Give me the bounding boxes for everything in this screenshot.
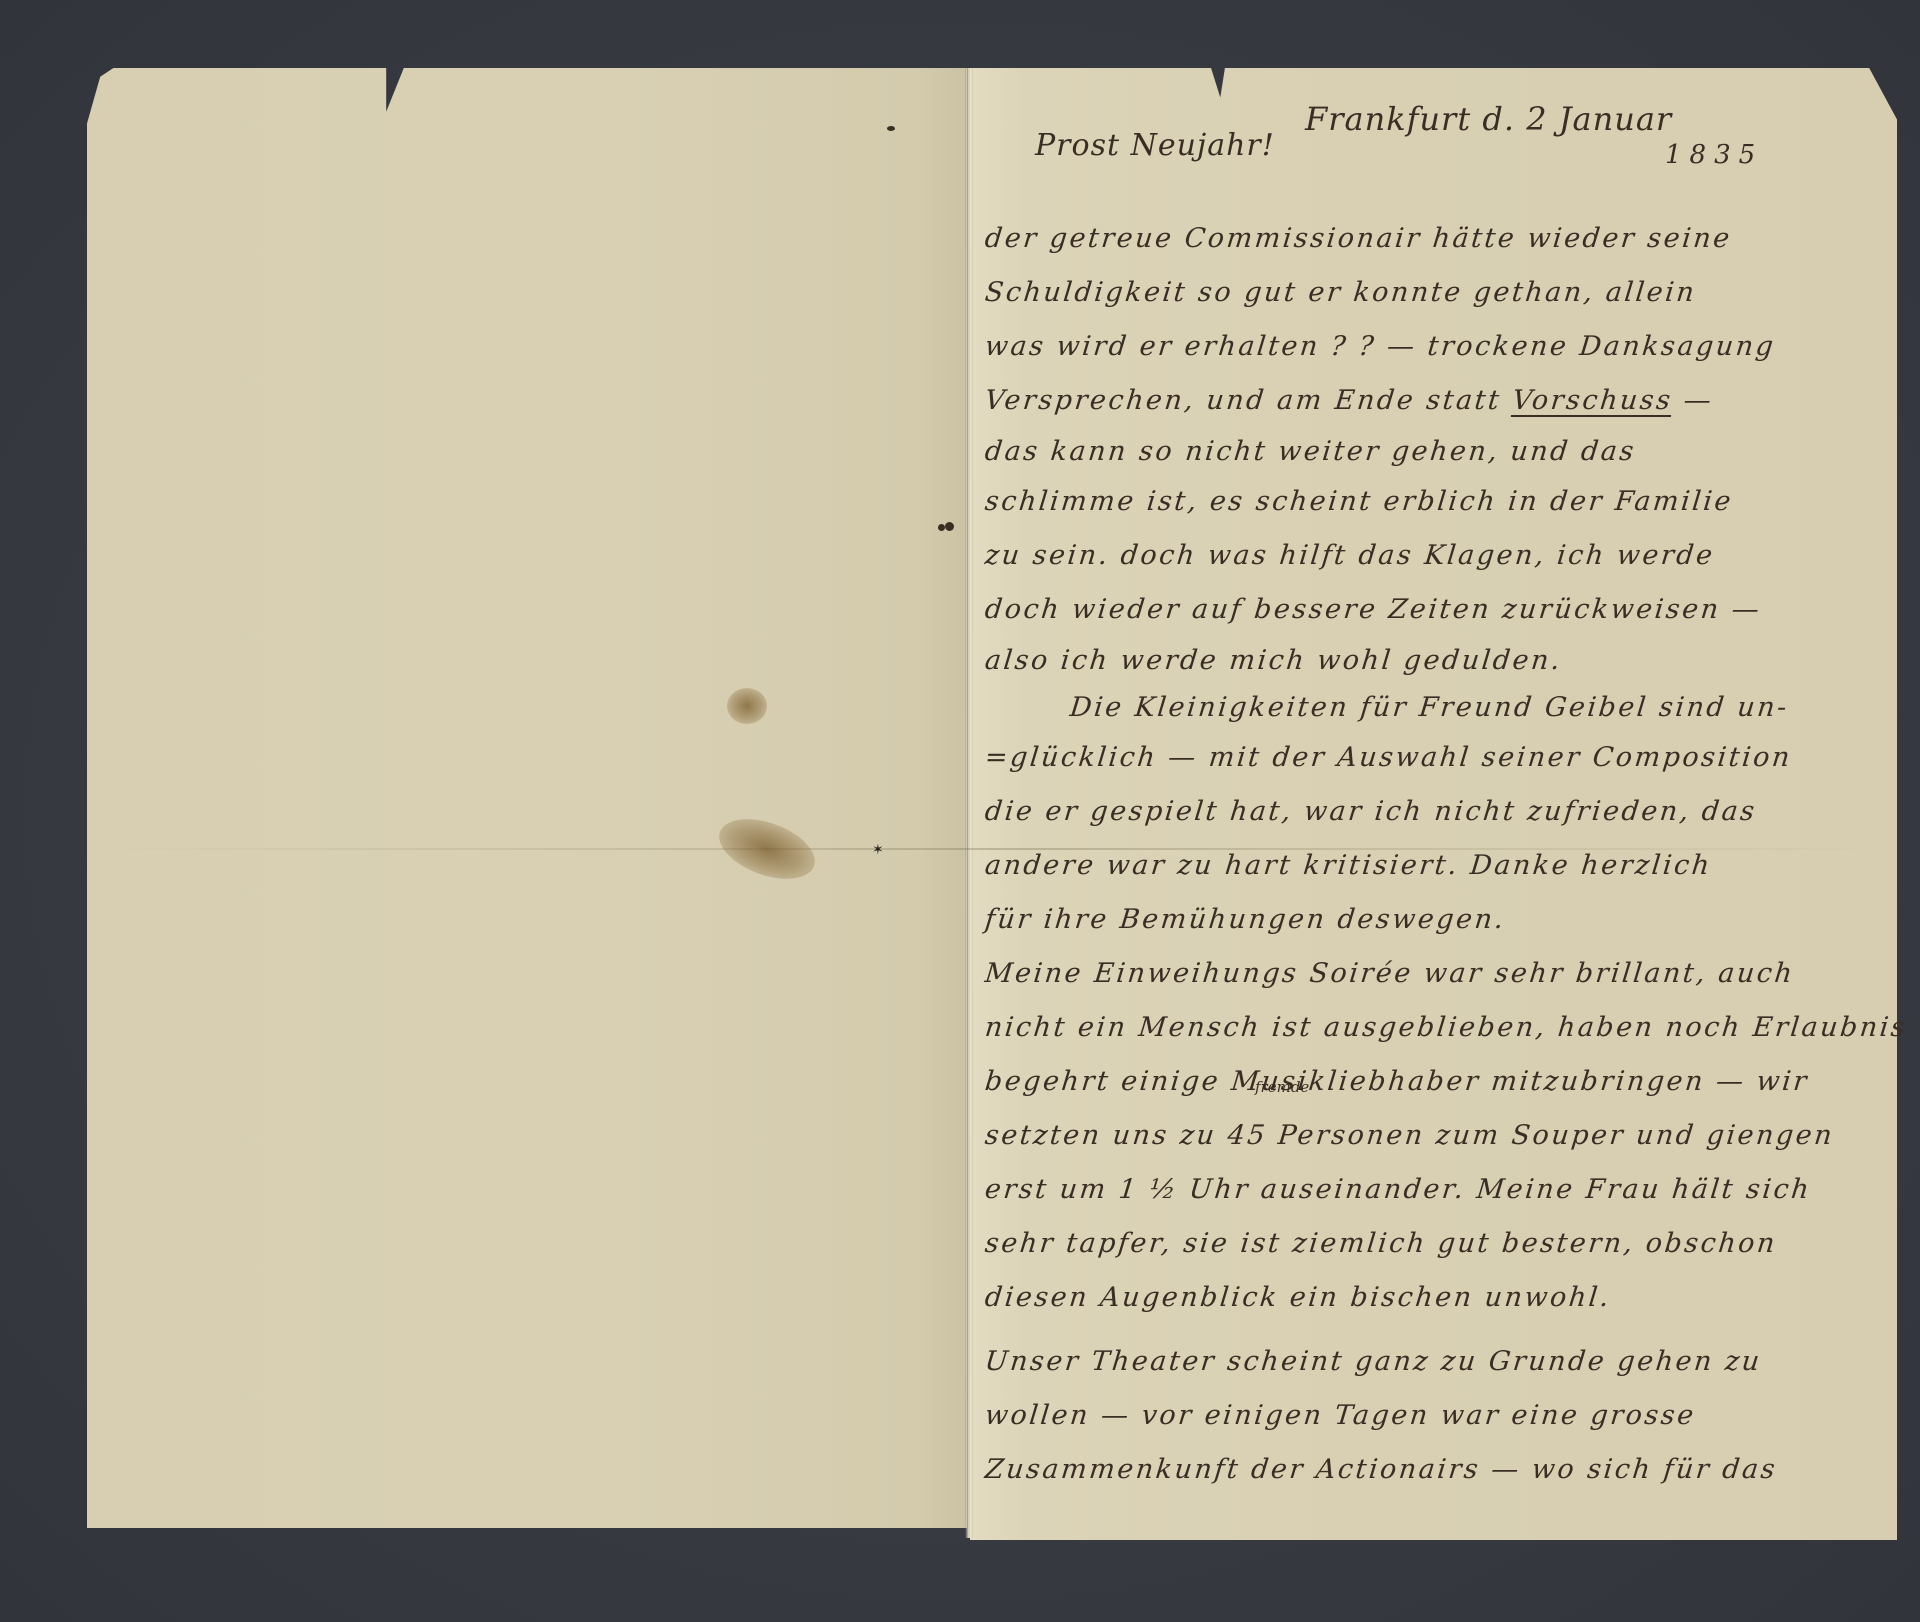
letter-line: nicht ein Mensch ist ausgeblieben, haben… xyxy=(962,1001,1798,1055)
letter-line: wollen — vor einigen Tagen war eine gros… xyxy=(962,1389,1798,1443)
year: 1835 xyxy=(1665,140,1763,170)
letter-line: erst um 1 ½ Uhr auseinander. Meine Frau … xyxy=(962,1163,1798,1217)
letter-line: Die Kleinigkeiten für Freund Geibel sind… xyxy=(963,684,1798,731)
letter-line: Versprechen, und am Ende statt Vorschuss… xyxy=(962,374,1798,428)
letter-line: was wird er erhalten ? ? — trockene Dank… xyxy=(962,320,1798,374)
letter-line: sehr tapfer, sie ist ziemlich gut bester… xyxy=(962,1217,1798,1271)
underlined-word: Vorschuss xyxy=(1511,385,1674,416)
letter-line: Zusammenkunft der Actionairs — wo sich f… xyxy=(962,1443,1798,1497)
letter-line: begehrt einige Musikliebhaber mitzubring… xyxy=(962,1055,1798,1109)
letter-line: schlimme ist, es scheint erblich in der … xyxy=(962,475,1798,529)
letter-line: setzten uns zu 45 Personen zum Souper un… xyxy=(962,1109,1798,1163)
letter-text: Prost Neujahr! Frankfurt d. 2 Januar 183… xyxy=(965,90,1795,1497)
letter-line: diesen Augenblick ein bischen unwohl. xyxy=(962,1271,1798,1325)
letter-line: Meine Einweihungs Soirée war sehr brilla… xyxy=(962,947,1798,1001)
ink-stain-small xyxy=(727,688,767,724)
place-date: Frankfurt d. 2 Januar xyxy=(1305,100,1672,138)
ink-spot xyxy=(945,522,954,531)
letter-line: also ich werde mich wohl gedulden. xyxy=(963,637,1798,684)
letter-line-text: Versprechen, und am Ende statt Vorschuss… xyxy=(983,385,1714,416)
letter-line: die er gespielt hat, war ich nicht zufri… xyxy=(962,785,1798,839)
pin-hole-star: ✶ xyxy=(872,843,884,857)
letter-line: das kann so nicht weiter gehen, und das xyxy=(963,428,1798,475)
letter-header: Prost Neujahr! Frankfurt d. 2 Januar 183… xyxy=(965,90,1795,200)
letter-line: Unser Theater scheint ganz zu Grunde geh… xyxy=(962,1335,1798,1389)
ink-spot xyxy=(938,524,945,531)
interlinear-insert: fremde xyxy=(1255,1078,1309,1096)
letter-line: der getreue Commissionair hätte wieder s… xyxy=(962,212,1798,266)
letter-line: andere war zu hart kritisiert. Danke her… xyxy=(962,839,1798,893)
letter-line: Schuldigkeit so gut er konnte gethan, al… xyxy=(962,266,1798,320)
salutation: Prost Neujahr! xyxy=(1035,128,1275,163)
pin-hole xyxy=(887,126,895,131)
letter-line: doch wieder auf bessere Zeiten zurückwei… xyxy=(962,583,1798,637)
letter-line: =glücklich — mit der Auswahl seiner Comp… xyxy=(962,731,1798,785)
left-page-blank xyxy=(87,68,967,1528)
letter-line: für ihre Bemühungen deswegen. xyxy=(962,893,1798,947)
letter-line: zu sein. doch was hilft das Klagen, ich … xyxy=(962,529,1798,583)
